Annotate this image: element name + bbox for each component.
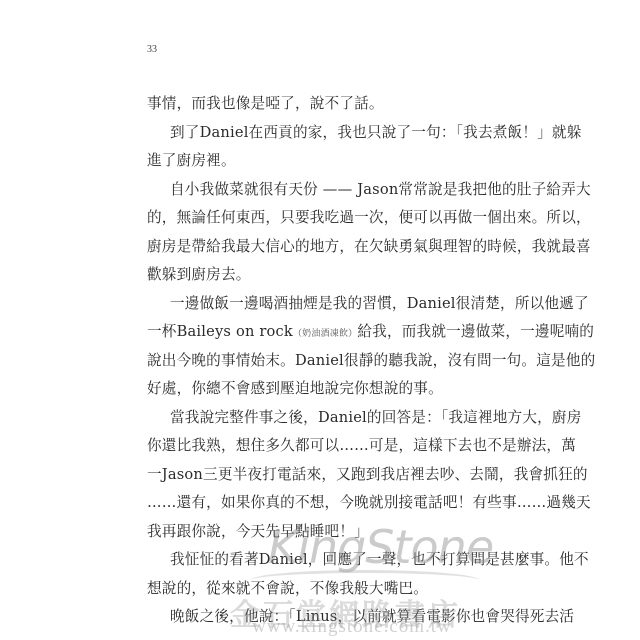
- text-line: 當我說完整件事之後，Daniel的回答是：「我這裡地方大，廚房: [147, 404, 499, 433]
- text-line: 到了Daniel在西貢的家，我也只說了一句：「我去煮飯！」就躲: [147, 119, 499, 148]
- text-segment: 給我，而我就一邊做菜，一邊呢喃的: [357, 323, 594, 340]
- text-line: 我怔怔的看著Daniel，回應了一聲，也不打算問是甚麼事。他不: [147, 546, 499, 575]
- page-number: 33: [147, 44, 157, 55]
- body-text: 事情，而我也像是啞了，說不了話。 到了Daniel在西貢的家，我也只說了一句：「…: [147, 90, 499, 632]
- text-line: 一邊做飯一邊喝酒抽煙是我的習慣，Daniel很清楚，所以他遞了: [147, 290, 499, 319]
- text-line: ……還有，如果你真的不想，今晚就別接電話吧！有些事……過幾天: [147, 489, 499, 518]
- text-line: 事情，而我也像是啞了，說不了話。: [147, 90, 499, 119]
- text-line: 廚房是帶給我最大信心的地方，在欠缺勇氣與理智的時候，我就最喜: [147, 233, 499, 262]
- text-line: 一Jason三更半夜打電話來，又跑到我店裡去吵、去鬧，我會抓狂的: [147, 461, 499, 490]
- annotation-note: （奶油酒凍飲）: [293, 329, 357, 339]
- text-line: 你還比我熟，想住多久都可以……可是，這樣下去也不是辦法，萬: [147, 432, 499, 461]
- text-line: 進了廚房裡。: [147, 147, 499, 176]
- text-line: 說出今晚的事情始末。Daniel很靜的聽我說，沒有問一句。這是他的: [147, 347, 499, 376]
- text-line: 我再跟你說，今天先早點睡吧！」: [147, 518, 499, 547]
- text-line: 一杯Baileys on rock（奶油酒凍飲）給我，而我就一邊做菜，一邊呢喃的: [147, 318, 499, 347]
- text-line: 想說的，從來就不會說，不像我般大嘴巴。: [147, 575, 499, 604]
- text-line: 好處，你總不會感到壓迫地說完你想說的事。: [147, 375, 499, 404]
- text-line: 的，無論任何東西，只要我吃過一次，便可以再做一個出來。所以，: [147, 204, 499, 233]
- text-segment: 一杯Baileys on rock: [147, 323, 293, 340]
- text-line: 自小我做菜就很有天份 —— Jason常常說是我把他的肚子給弄大: [147, 176, 499, 205]
- text-line: 歡躲到廚房去。: [147, 261, 499, 290]
- text-line: 晚飯之後，他說：「Linus，以前就算看電影你也會哭得死去活: [147, 603, 499, 632]
